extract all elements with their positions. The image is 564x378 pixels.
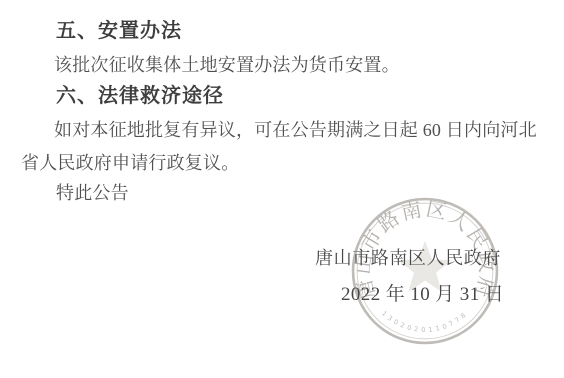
seal-code-text-path: 1302020110778 — [380, 309, 470, 334]
official-seal: 唐山市路南区人民政府 1302020110778 — [349, 195, 501, 347]
section-5-body: 该批次征收集体土地安置办法为货币安置。 — [54, 54, 400, 76]
section-6-body-line-1: 如对本征地批复有异议，可在公告期满之日起 60 日内向河北 — [54, 119, 537, 141]
section-6-body-line-2: 省人民政府申请行政复议。 — [21, 152, 239, 174]
issue-date: 2022 年 10 月 31 日 — [341, 284, 504, 306]
scanned-announcement-page: 五、安置办法 该批次征收集体土地安置办法为货币安置。 六、法律救济途径 如对本征… — [0, 0, 564, 378]
section-5-heading: 五、安置办法 — [56, 20, 182, 42]
section-6-heading: 六、法律救济途径 — [56, 85, 224, 107]
issuing-authority-signature: 唐山市路南区人民政府 — [315, 247, 501, 269]
seal-code-text: 1302020110778 — [380, 309, 470, 334]
official-seal-graphic: 唐山市路南区人民政府 1302020110778 — [349, 195, 501, 347]
closing-statement: 特此公告 — [56, 182, 129, 204]
